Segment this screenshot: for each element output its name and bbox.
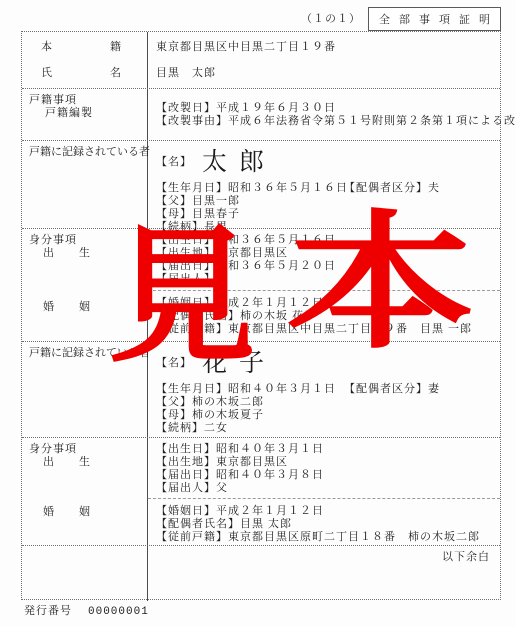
section-label-status: 身分事項 [29, 443, 143, 456]
koseki-items-labels: 戸籍事項 戸籍編製 [22, 89, 148, 140]
row-person1: 戸籍に記録されている者 【名】 太郎 【生年月日】昭和３６年５月１６日 【配偶者… [22, 141, 500, 229]
person2-attributes: 【生年月日】昭和４０年３月１日 【配偶者区分】妻 【父】柿の木坂二郎 【母】柿の… [156, 383, 494, 435]
person2-spouse-class: 【配偶者区分】妻 [344, 383, 440, 396]
sub-label-hensei: 戸籍編製 [29, 107, 143, 120]
person2-events-labels: 身分事項 出 生 婚 姻 [22, 438, 148, 545]
birth-day-line: 【出生日】昭和４０年３月１日 [156, 443, 494, 456]
birth-place-line: 【出生地】東京都目黒区 [156, 456, 494, 469]
kaisei-date-line: 【改製日】平成１９年６月３０日 [156, 102, 516, 115]
name-tag: 【名】 [156, 156, 192, 169]
marriage-event-label: 婚 姻 [29, 301, 155, 314]
birth-event-label: 出 生 [29, 456, 143, 469]
former-registry-line: 【従前戸籍】東京都目黒区中目黒二丁目１９番 目黒 一郎 [156, 323, 494, 336]
person2-relation: 【続柄】二女 [156, 422, 494, 435]
report-day-line: 【届出日】昭和４０年３月８日 [156, 469, 494, 482]
issue-number-label: 発行番号 [24, 605, 72, 618]
person1-attributes: 【生年月日】昭和３６年５月１６日 【配偶者区分】夫 【父】目黒一郎 【母】目黒春… [156, 182, 494, 234]
person2-birth-block: 【出生日】昭和４０年３月１日 【出生地】東京都目黒区 【届出日】昭和４０年３月８… [148, 438, 500, 499]
person1-details: 【名】 太郎 【生年月日】昭和３６年５月１６日 【配偶者区分】夫 【父】目黒一郎… [148, 141, 500, 228]
name-tag: 【名】 [156, 357, 192, 370]
spouse-name-line: 【配偶者氏名】柿の木坂 花子 [156, 310, 494, 323]
person1-mother: 【母】目黒春子 [156, 208, 494, 221]
honseki-label: 本 籍 [29, 41, 143, 54]
honseki-value: 東京都目黒区中目黒二丁目１９番 [156, 41, 494, 54]
honseki-label-char1: 本 [41, 41, 52, 54]
kaisei-reason-line: 【改製事由】平成６年法務省令第５１号附則第２条第１項による改製 [156, 115, 516, 128]
row-identity: 本 籍 氏 名 東京都目黒区中目黒二丁目１９番 目黒 太郎 [22, 32, 500, 89]
marriage-day-line: 【婚姻日】平成２年１月１２日 [156, 297, 494, 310]
person1-name: 太郎 [202, 148, 276, 176]
page-number: （１の１） [301, 13, 361, 26]
row-remainder: 以下余白 [22, 546, 500, 601]
marriage-event-label: 婚 姻 [29, 506, 155, 519]
person1-section: 戸籍に記録されている者 [22, 141, 148, 228]
row-koseki-items: 戸籍事項 戸籍編製 【改製日】平成１９年６月３０日 【改製事由】平成６年法務省令… [22, 89, 500, 141]
blank-note: 以下余白 [156, 551, 494, 564]
row-person2: 戸籍に記録されている者 【名】 花子 【生年月日】昭和４０年３月１日 【配偶者区… [22, 342, 500, 438]
shimei-label: 氏 名 [29, 67, 143, 80]
reporter-line: 【届出人】父 [156, 273, 494, 286]
header: （１の１） 全部事項証明 [0, 7, 501, 31]
person1-birthdate-line: 【生年月日】昭和３６年５月１６日 【配偶者区分】夫 [156, 182, 494, 195]
remainder-right: 以下余白 [148, 546, 500, 601]
birth-place-line: 【出生地】東京都目黒区 [156, 247, 494, 260]
person2-birthdate-line: 【生年月日】昭和４０年３月１日 【配偶者区分】妻 [156, 383, 494, 396]
spouse-name-line: 【配偶者氏名】目黒 太郎 [156, 518, 494, 531]
person1-birthdate: 【生年月日】昭和３６年５月１６日 [156, 182, 348, 194]
section-label-recorded-person: 戸籍に記録されている者 [29, 347, 143, 360]
section-label-koseki: 戸籍事項 [29, 94, 143, 107]
section-label-recorded-person: 戸籍に記録されている者 [29, 146, 143, 159]
koseki-items-values: 【改製日】平成１９年６月３０日 【改製事由】平成６年法務省令第５１号附則第２条第… [148, 89, 516, 140]
shimei-label-char2: 名 [110, 67, 121, 80]
identity-values: 東京都目黒区中目黒二丁目１９番 目黒 太郎 [148, 32, 500, 88]
person1-spouse-class: 【配偶者区分】夫 [344, 182, 440, 195]
person1-events-labels: 身分事項 出 生 婚 姻 [22, 229, 148, 341]
row-person1-events: 身分事項 出 生 婚 姻 【出生日】昭和３６年５月１６日 【出生地】東京都目黒区… [22, 229, 500, 342]
person2-events-values: 【出生日】昭和４０年３月１日 【出生地】東京都目黒区 【届出日】昭和４０年３月８… [148, 438, 500, 545]
shimei-label-char1: 氏 [41, 67, 52, 80]
person2-section: 戸籍に記録されている者 [22, 342, 148, 437]
person2-birthdate: 【生年月日】昭和４０年３月１日 [156, 383, 336, 395]
certificate-title: 全部事項証明 [368, 7, 501, 31]
honseki-label-char2: 籍 [110, 41, 121, 54]
remainder-left [22, 546, 148, 601]
person2-marriage-block: 【婚姻日】平成２年１月１２日 【配偶者氏名】目黒 太郎 【従前戸籍】東京都目黒区… [148, 499, 500, 544]
birth-day-line: 【出生日】昭和３６年５月１６日 [156, 234, 494, 247]
birth-event-label: 出 生 [29, 247, 143, 260]
marriage-day-line: 【婚姻日】平成２年１月１２日 [156, 505, 494, 518]
person1-events-values: 【出生日】昭和３６年５月１６日 【出生地】東京都目黒区 【届出日】昭和３６年５月… [148, 229, 500, 341]
person2-details: 【名】 花子 【生年月日】昭和４０年３月１日 【配偶者区分】妻 【父】柿の木坂二… [148, 342, 500, 437]
row-person2-events: 身分事項 出 生 婚 姻 【出生日】昭和４０年３月１日 【出生地】東京都目黒区 … [22, 438, 500, 546]
reporter-line: 【届出人】父 [156, 482, 494, 495]
person2-name: 花子 [202, 349, 276, 377]
former-registry-line: 【従前戸籍】東京都目黒区原町二丁目１８番 柿の木坂二郎 [156, 531, 494, 544]
section-label-status: 身分事項 [29, 234, 143, 247]
report-day-line: 【届出日】昭和３６年５月２０日 [156, 260, 494, 273]
person1-marriage-block: 【婚姻日】平成２年１月１２日 【配偶者氏名】柿の木坂 花子 【従前戸籍】東京都目… [148, 291, 500, 336]
person2-name-line: 【名】 花子 [156, 348, 494, 378]
person2-mother: 【母】柿の木坂夏子 [156, 409, 494, 422]
issue-number: 00000001 [88, 606, 149, 618]
identity-labels: 本 籍 氏 名 [22, 32, 148, 88]
koseki-certificate-page: （１の１） 全部事項証明 本 籍 氏 名 東京都目黒区中目黒二丁目１９番 目黒 … [0, 0, 516, 626]
person2-father: 【父】柿の木坂二郎 [156, 396, 494, 409]
issue-footer: 発行番号 00000001 [24, 605, 149, 618]
person1-name-line: 【名】 太郎 [156, 147, 494, 177]
shimei-value: 目黒 太郎 [156, 67, 494, 80]
certificate-table: 本 籍 氏 名 東京都目黒区中目黒二丁目１９番 目黒 太郎 戸籍事項 戸籍編製 … [21, 31, 501, 600]
person1-birth-block: 【出生日】昭和３６年５月１６日 【出生地】東京都目黒区 【届出日】昭和３６年５月… [148, 229, 500, 291]
person1-father: 【父】目黒一郎 [156, 195, 494, 208]
